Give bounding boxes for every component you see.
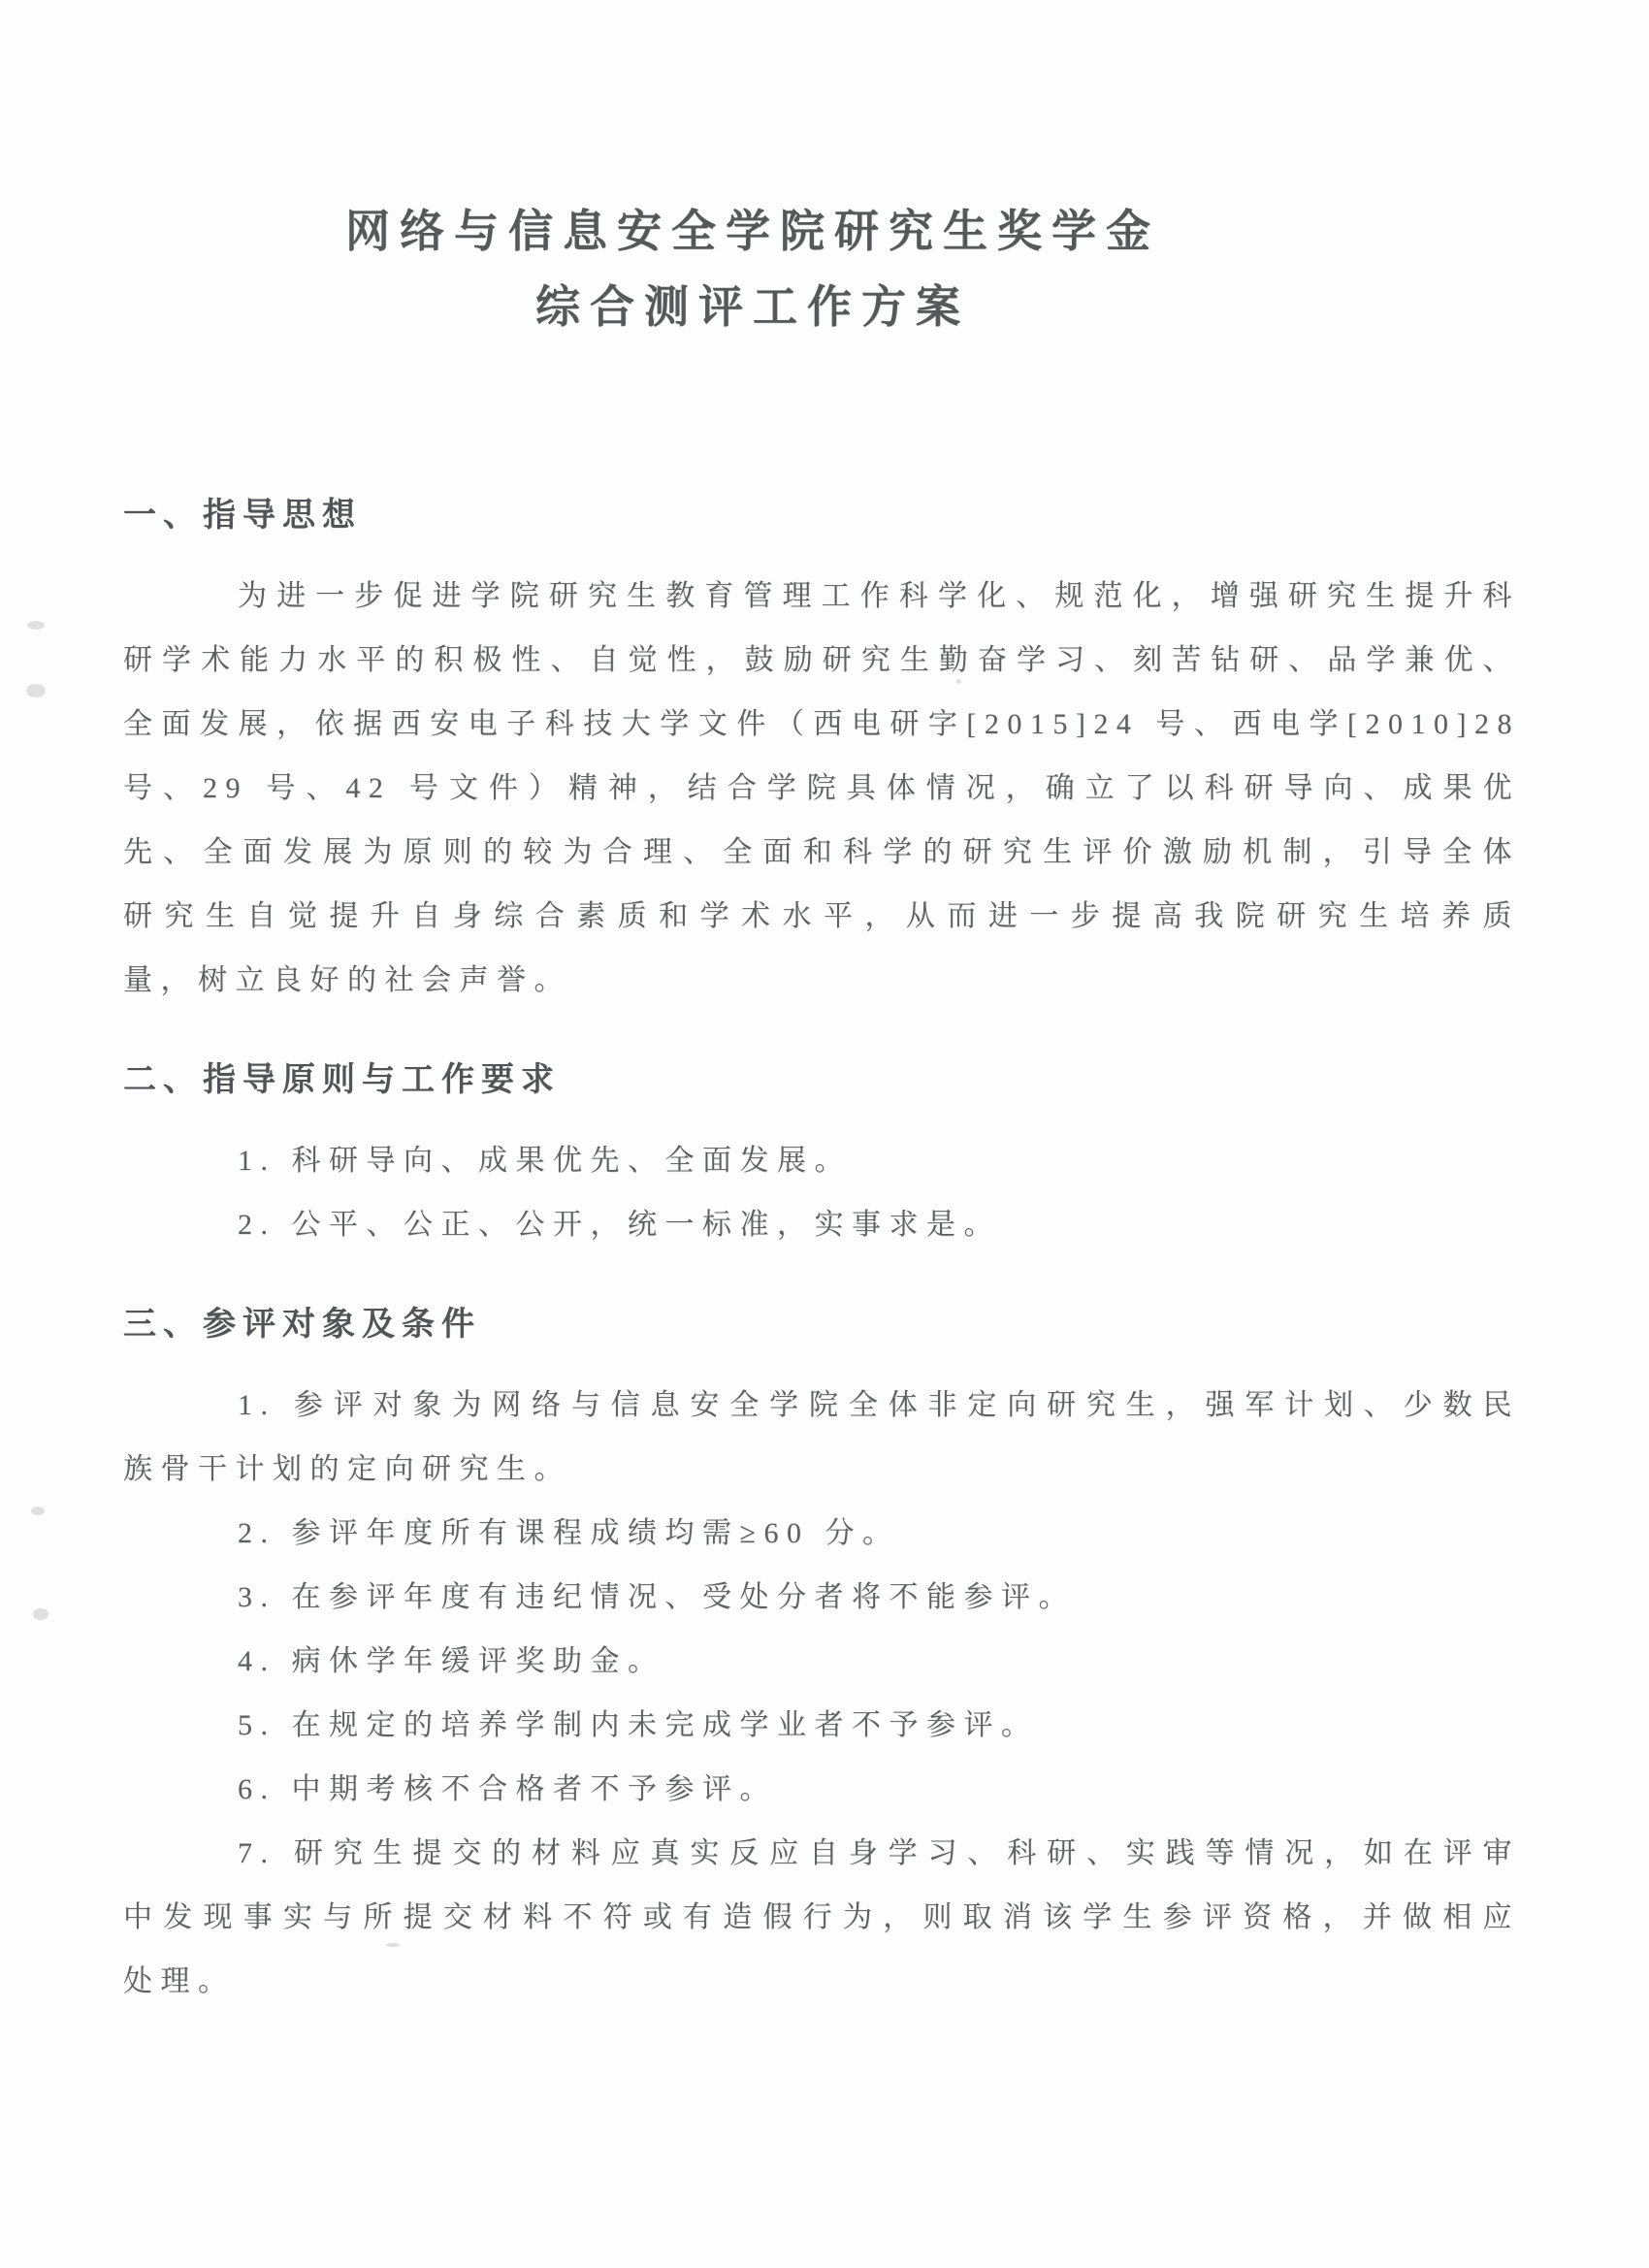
scan-artifact (956, 679, 961, 684)
scan-artifact (31, 1507, 45, 1515)
text-line: 1. 科研导向、成果优先、全面发展。 (123, 1129, 1520, 1193)
text-line: 6. 中期考核不合格者不予参评。 (123, 1758, 1520, 1822)
text-line: 先、全面发展为原则的较为合理、全面和科学的研究生评价激励机制，引导全体 (123, 821, 1520, 885)
scanned-document-page: 网络与信息安全学院研究生奖学金 综合测评工作方案 一、指导思想为进一步促进学院研… (0, 0, 1649, 2268)
section-3: 三、参评对象及条件1. 参评对象为网络与信息安全学院全体非定向研究生，强军计划、… (123, 1292, 1520, 2014)
list-item-5: 5. 在规定的培养学制内未完成学业者不予参评。 (123, 1694, 1520, 1758)
list-item-2: 2. 公平、公正、公开，统一标准，实事求是。 (123, 1193, 1520, 1257)
text-line: 族骨干计划的定向研究生。 (123, 1438, 1520, 1502)
scan-artifact (33, 1608, 48, 1620)
text-line: 7. 研究生提交的材料应真实反应自身学习、科研、实践等情况，如在评审 (123, 1822, 1520, 1886)
text-line: 处理。 (123, 1950, 1520, 2014)
list-item-3: 3. 在参评年度有违纪情况、受处分者将不能参评。 (123, 1566, 1520, 1630)
text-line: 5. 在规定的培养学制内未完成学业者不予参评。 (123, 1694, 1520, 1758)
scan-artifact (26, 684, 46, 697)
text-line: 1. 参评对象为网络与信息安全学院全体非定向研究生，强军计划、少数民 (123, 1374, 1520, 1438)
text-line: 研学术能力水平的积极性、自觉性，鼓励研究生勤奋学习、刻苦钻研、品学兼优、 (123, 629, 1520, 693)
title-line-1: 网络与信息安全学院研究生奖学金 (0, 194, 1577, 270)
title-line-2: 综合测评工作方案 (0, 270, 1577, 345)
text-line: 量，树立良好的社会声誉。 (123, 949, 1520, 1013)
text-line: 4. 病休学年缓评奖助金。 (123, 1630, 1520, 1694)
text-line: 中发现事实与所提交材料不符或有造假行为，则取消该学生参评资格，并做相应 (123, 1886, 1520, 1950)
text-line: 号、29 号、42 号文件）精神，结合学院具体情况，确立了以科研导向、成果优 (123, 757, 1520, 821)
section-1: 一、指导思想为进一步促进学院研究生教育管理工作科学化、规范化，增强研究生提升科研… (123, 483, 1520, 1013)
list-item-1: 1. 科研导向、成果优先、全面发展。 (123, 1129, 1520, 1193)
scan-artifact (27, 621, 45, 630)
text-line: 研究生自觉提升自身综合素质和学术水平，从而进一步提高我院研究生培养质 (123, 885, 1520, 949)
text-line: 3. 在参评年度有违纪情况、受处分者将不能参评。 (123, 1566, 1520, 1630)
text-line: 为进一步促进学院研究生教育管理工作科学化、规范化，增强研究生提升科 (123, 565, 1520, 629)
section-heading: 二、指导原则与工作要求 (123, 1048, 1520, 1112)
text-line: 2. 参评年度所有课程成绩均需≥60 分。 (123, 1502, 1520, 1566)
list-item-4: 4. 病休学年缓评奖助金。 (123, 1630, 1520, 1694)
document-body: 一、指导思想为进一步促进学院研究生教育管理工作科学化、规范化，增强研究生提升科研… (123, 483, 1520, 2014)
list-item-7: 7. 研究生提交的材料应真实反应自身学习、科研、实践等情况，如在评审中发现事实与… (123, 1822, 1520, 2014)
document-title: 网络与信息安全学院研究生奖学金 综合测评工作方案 (0, 0, 1577, 345)
paragraph-guiding-ideology: 为进一步促进学院研究生教育管理工作科学化、规范化，增强研究生提升科研学术能力水平… (123, 565, 1520, 1013)
text-line: 全面发展，依据西安电子科技大学文件（西电研字[2015]24 号、西电学[201… (123, 693, 1520, 757)
section-2: 二、指导原则与工作要求1. 科研导向、成果优先、全面发展。2. 公平、公正、公开… (123, 1048, 1520, 1257)
section-heading: 三、参评对象及条件 (123, 1292, 1520, 1356)
scan-artifact (386, 1943, 400, 1947)
list-item-2: 2. 参评年度所有课程成绩均需≥60 分。 (123, 1502, 1520, 1566)
text-line: 2. 公平、公正、公开，统一标准，实事求是。 (123, 1193, 1520, 1257)
list-item-1: 1. 参评对象为网络与信息安全学院全体非定向研究生，强军计划、少数民族骨干计划的… (123, 1374, 1520, 1502)
section-heading: 一、指导思想 (123, 483, 1520, 547)
list-item-6: 6. 中期考核不合格者不予参评。 (123, 1758, 1520, 1822)
